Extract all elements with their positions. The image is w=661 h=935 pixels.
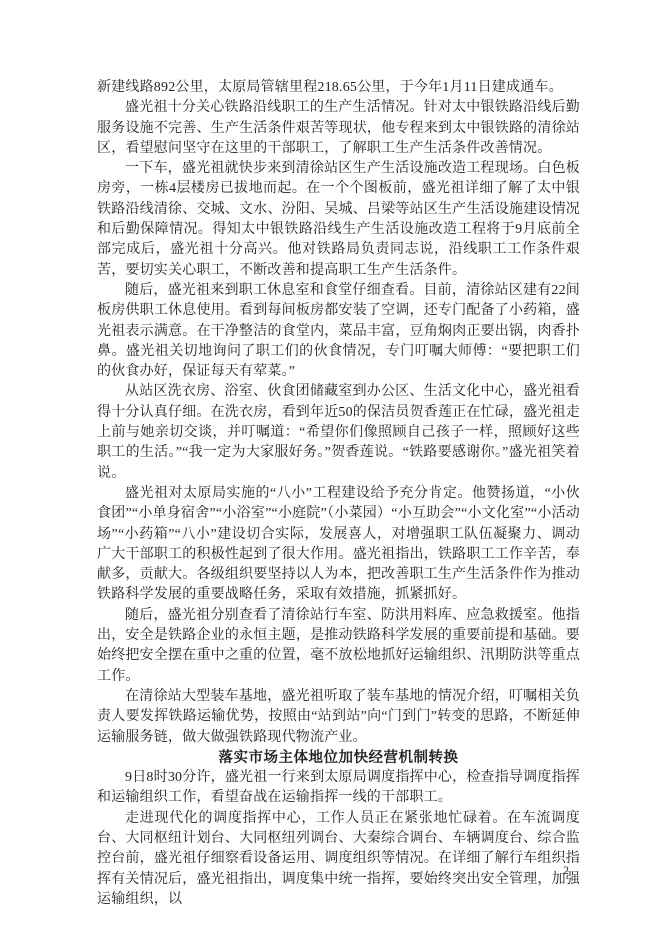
- paragraph: 盛光祖对太原局实施的“八小”工程建设给予充分肯定。他赞扬道，“小伙食团”“小单身…: [97, 484, 580, 606]
- paragraph: 9日8时30分许，盛光祖一行来到太原局调度指挥中心，检查指导调度指挥和运输组织工…: [97, 768, 580, 809]
- document-page: 新建线路892公里，太原局管辖里程218.65公里，于今年1月11日建成通车。 …: [0, 0, 661, 935]
- document-body: 新建线路892公里，太原局管辖里程218.65公里，于今年1月11日建成通车。 …: [97, 78, 580, 910]
- paragraph: 随后，盛光祖来到职工休息室和食堂仔细查看。目前，清徐站区建有22间板房供职工休息…: [97, 281, 580, 382]
- paragraph: 走进现代化的调度指挥中心，工作人员正在紧张地忙碌着。在车流调度台、大同枢纽计划台…: [97, 809, 580, 910]
- page-number: 2: [552, 862, 580, 878]
- paragraph: 一下车，盛光祖就快步来到清徐站区生产生活设施改造工程现场。白色板房旁，一栋4层楼…: [97, 159, 580, 281]
- section-heading: 落实市场主体地位加快经营机制转换: [97, 748, 580, 768]
- paragraph: 从站区洗衣房、浴室、伙食团储藏室到办公区、生活文化中心，盛光祖看得十分认真仔细。…: [97, 382, 580, 483]
- paragraph: 盛光祖十分关心铁路沿线职工的生产生活情况。针对太中银铁路沿线后勤服务设施不完善、…: [97, 98, 580, 159]
- paragraph-continuation: 新建线路892公里，太原局管辖里程218.65公里，于今年1月11日建成通车。: [97, 78, 580, 98]
- paragraph: 随后，盛光祖分别查看了清徐站行车室、防洪用料库、应急救援室。他指出，安全是铁路企…: [97, 606, 580, 687]
- paragraph: 在清徐站大型装车基地，盛光祖听取了装车基地的情况介绍，叮嘱相关负责人要发挥铁路运…: [97, 687, 580, 748]
